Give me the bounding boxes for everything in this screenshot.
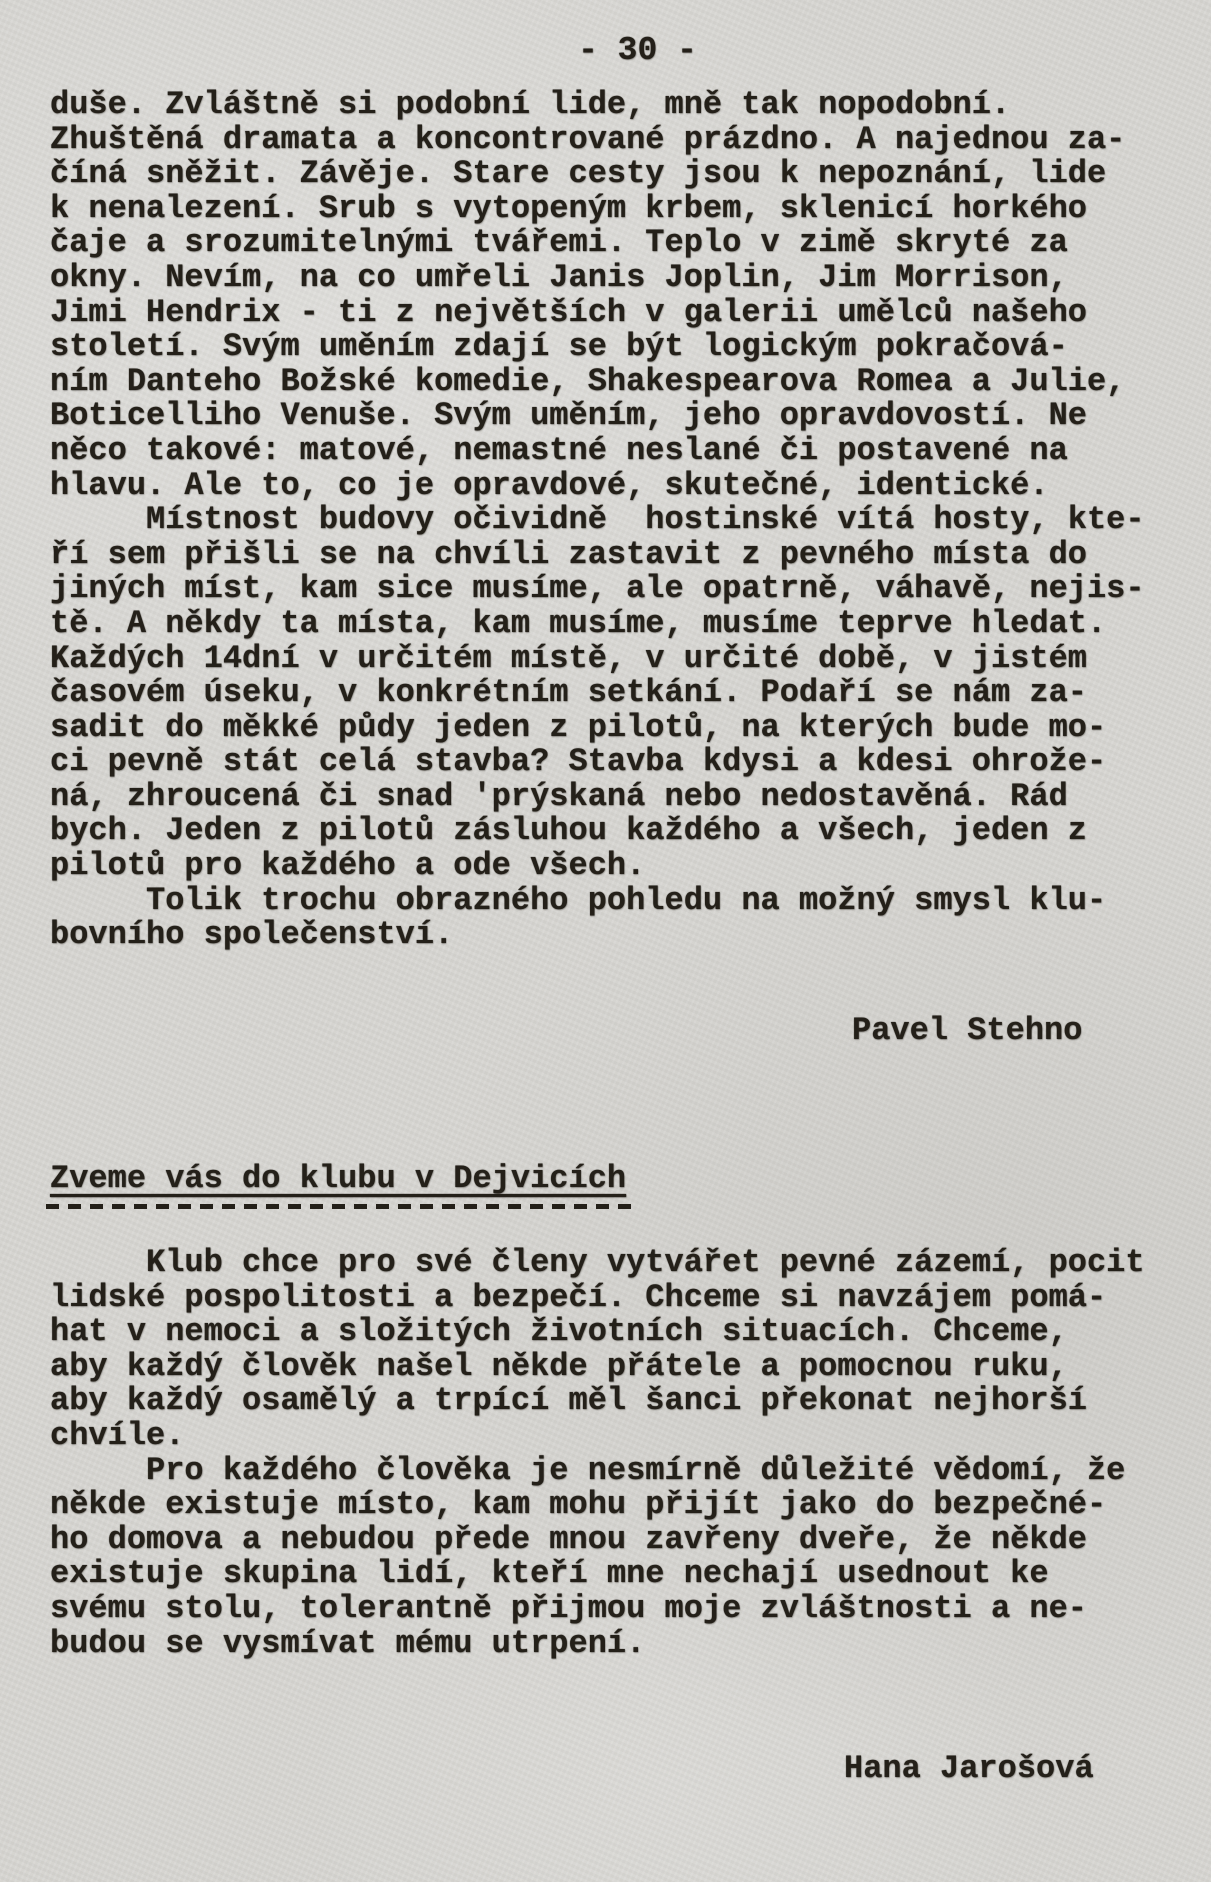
text-line: číná sněžit. Závěje. Stare cesty jsou k … bbox=[50, 157, 1200, 192]
text-line: hlavu. Ale to, co je opravdové, skutečné… bbox=[50, 469, 1200, 504]
text-line: bych. Jeden z pilotů zásluhou každého a … bbox=[50, 814, 1200, 849]
text-line: ho domova a nebudou přede mnou zavřeny d… bbox=[50, 1523, 1200, 1558]
text-line: ci pevně stát celá stavba? Stavba kdysi … bbox=[50, 745, 1200, 780]
signature-pavel-stehno: Pavel Stehno bbox=[852, 1012, 1082, 1049]
text-line: Tolik trochu obrazného pohledu na možný … bbox=[50, 884, 1200, 919]
text-line: Jimi Hendrix - ti z největších v galerii… bbox=[50, 296, 1200, 331]
text-line: Klub chce pro své členy vytvářet pevné z… bbox=[50, 1246, 1200, 1281]
text-line: chvíle. bbox=[50, 1419, 1200, 1454]
article-2-body: Klub chce pro své členy vytvářet pevné z… bbox=[50, 1246, 1200, 1661]
text-line: bovního společenství. bbox=[50, 918, 1200, 953]
text-line: aby každý člověk našel někde přátele a p… bbox=[50, 1350, 1200, 1385]
text-line: Každých 14dní v určitém místě, v určité … bbox=[50, 642, 1200, 677]
article-2-heading: Zveme vás do klubu v Dejvicích bbox=[50, 1160, 626, 1211]
signature-hana-jarosova: Hana Jarošová bbox=[844, 1750, 1094, 1787]
text-line: někde existuje místo, kam mohu přijít ja… bbox=[50, 1488, 1200, 1523]
text-line: svému stolu, tolerantně přijmou moje zvl… bbox=[50, 1592, 1200, 1627]
page-number: - 30 - bbox=[32, 32, 1211, 69]
text-line: století. Svým uměním zdají se být logick… bbox=[50, 330, 1200, 365]
text-line: ním Danteho Božské komedie, Shakespearov… bbox=[50, 365, 1200, 400]
text-line: okny. Nevím, na co umřeli Janis Joplin, … bbox=[50, 261, 1200, 296]
text-line: čaje a srozumitelnými tvářemi. Teplo v z… bbox=[50, 226, 1200, 261]
text-line: jiných míst, kam sice musíme, ale opatrn… bbox=[50, 572, 1200, 607]
text-line: hat v nemoci a složitých životních situa… bbox=[50, 1315, 1200, 1350]
text-line: k nenalezení. Srub s vytopeným krbem, sk… bbox=[50, 192, 1200, 227]
text-line: existuje skupina lidí, kteří mne nechají… bbox=[50, 1557, 1200, 1592]
text-line: tě. A někdy ta místa, kam musíme, musíme… bbox=[50, 607, 1200, 642]
document-page: - 30 - duše. Zvláštně si podobní lide, m… bbox=[0, 0, 1211, 1882]
text-line: Místnost budovy očividně hostinské vítá … bbox=[50, 503, 1200, 538]
text-line: duše. Zvláštně si podobní lide, mně tak … bbox=[50, 88, 1200, 123]
text-line: budou se vysmívat mému utrpení. bbox=[50, 1627, 1200, 1662]
text-line: Boticelliho Venuše. Svým uměním, jeho op… bbox=[50, 399, 1200, 434]
text-line: ří sem přišli se na chvíli zastavit z pe… bbox=[50, 538, 1200, 573]
article-1-body: duše. Zvláštně si podobní lide, mně tak … bbox=[50, 88, 1200, 953]
text-line: sadit do měkké půdy jeden z pilotů, na k… bbox=[50, 711, 1200, 746]
text-line: ná, zhroucená či snad 'prýskaná nebo ned… bbox=[50, 780, 1200, 815]
text-line: něco takové: matové, nemastné neslané či… bbox=[50, 434, 1200, 469]
text-line: Zhuštěná dramata a koncontrované prázdno… bbox=[50, 123, 1200, 158]
text-line: Pro každého člověka je nesmírně důležité… bbox=[50, 1454, 1200, 1489]
text-line: pilotů pro každého a ode všech. bbox=[50, 849, 1200, 884]
text-line: časovém úseku, v konkrétním setkání. Pod… bbox=[50, 676, 1200, 711]
text-line: lidské pospolitosti a bezpečí. Chceme si… bbox=[50, 1281, 1200, 1316]
text-line: aby každý osamělý a trpící měl šanci pře… bbox=[50, 1384, 1200, 1419]
